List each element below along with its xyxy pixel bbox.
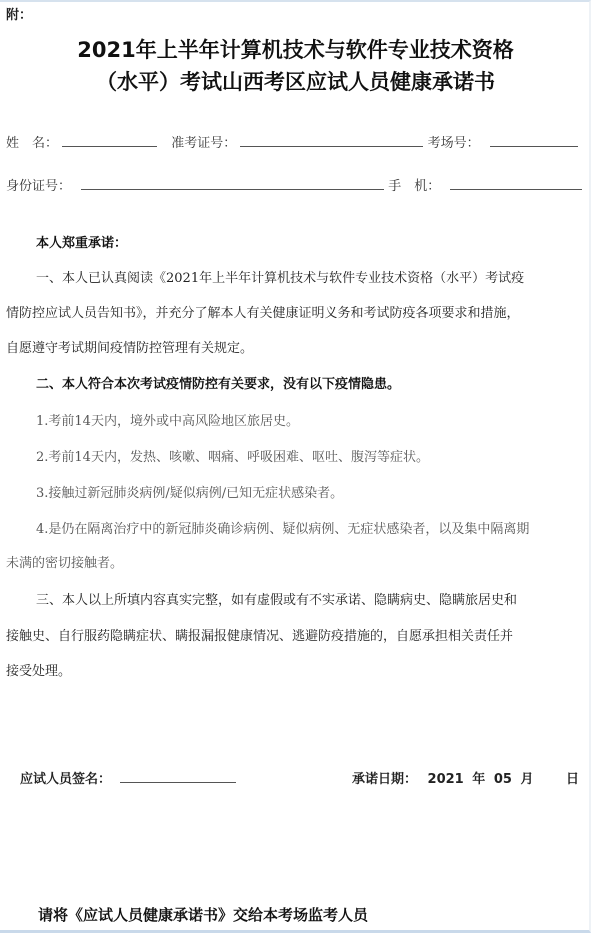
name-field[interactable] xyxy=(62,146,157,147)
list-item: 2.考前14天内，发热、咳嗽、咽痛、呼吸困难、呕吐、腹泻等症状。 xyxy=(36,441,429,475)
section3-line3: 接受处理。 xyxy=(6,655,71,689)
admission-ticket-label: 准考证号： xyxy=(171,136,236,151)
list-item: 4.是仍在隔离治疗中的新冠肺炎确诊病例、疑似病例、无症状感染者，以及集中隔离期 xyxy=(36,513,529,547)
signature-label: 应试人员签名： xyxy=(20,772,111,787)
section3-line2: 接触史、自行服药隐瞒症状、瞒报漏报健康情况、逃避防疫措施的，自愿承担相关责任并 xyxy=(6,620,513,654)
phone-label: 手 机： xyxy=(388,179,440,194)
list-item: 3.接触过新冠肺炎病例/疑似病例/已知无症状感染者。 xyxy=(36,477,343,511)
section2-heading: 二、本人符合本次考试疫情防控有关要求，没有以下疫情隐患。 xyxy=(36,368,400,402)
section1-line1: 一、本人已认真阅读《2021年上半年计算机技术与软件专业技术资格（水平）考试疫 xyxy=(36,262,524,296)
date-day-unit: 日 xyxy=(566,772,579,787)
date-month: 05 xyxy=(494,772,512,787)
date-year-unit: 年 xyxy=(472,772,485,787)
date-block: 承诺日期： 2021 年 05 月 日 xyxy=(352,768,579,787)
attachment-label: 附： xyxy=(6,4,32,23)
date-month-unit: 月 xyxy=(520,772,533,787)
footer-note: 请将《应试人员健康承诺书》交给本考场监考人员 xyxy=(38,904,368,925)
field-row-1: 姓 名： 准考证号： 考场号： xyxy=(6,132,578,151)
exam-room-label: 考场号： xyxy=(428,136,480,151)
section1-line3: 自愿遵守考试期间疫情防控管理有关规定。 xyxy=(6,332,253,366)
admission-ticket-field[interactable] xyxy=(240,146,423,147)
signature-block: 应试人员签名： xyxy=(20,768,236,787)
document-title-line2: （水平）考试山西考区应试人员健康承诺书 xyxy=(0,66,591,96)
document-title-line1: 2021年上半年计算机技术与软件专业技术资格 xyxy=(0,34,591,64)
date-label: 承诺日期： xyxy=(352,772,417,787)
name-label: 姓 名： xyxy=(6,136,58,151)
list-item-continuation: 未满的密切接触者。 xyxy=(6,547,123,581)
list-item: 1.考前14天内，境外或中高风险地区旅居史。 xyxy=(36,405,299,439)
exam-room-field[interactable] xyxy=(490,146,578,147)
section1-line2: 情防控应试人员告知书》，并充分了解本人有关健康证明义务和考试防疫各项要求和措施， xyxy=(6,297,520,331)
section3-line1: 三、本人以上所填内容真实完整，如有虚假或有不实承诺、隐瞒病史、隐瞒旅居史和 xyxy=(36,584,517,618)
id-number-field[interactable] xyxy=(81,189,384,190)
phone-field[interactable] xyxy=(450,189,582,190)
date-year: 2021 xyxy=(428,772,464,787)
signature-field[interactable] xyxy=(120,782,236,783)
id-number-label: 身份证号： xyxy=(6,179,71,194)
field-row-2: 身份证号： 手 机： xyxy=(6,175,582,194)
pledge-heading: 本人郑重承诺： xyxy=(36,227,127,261)
